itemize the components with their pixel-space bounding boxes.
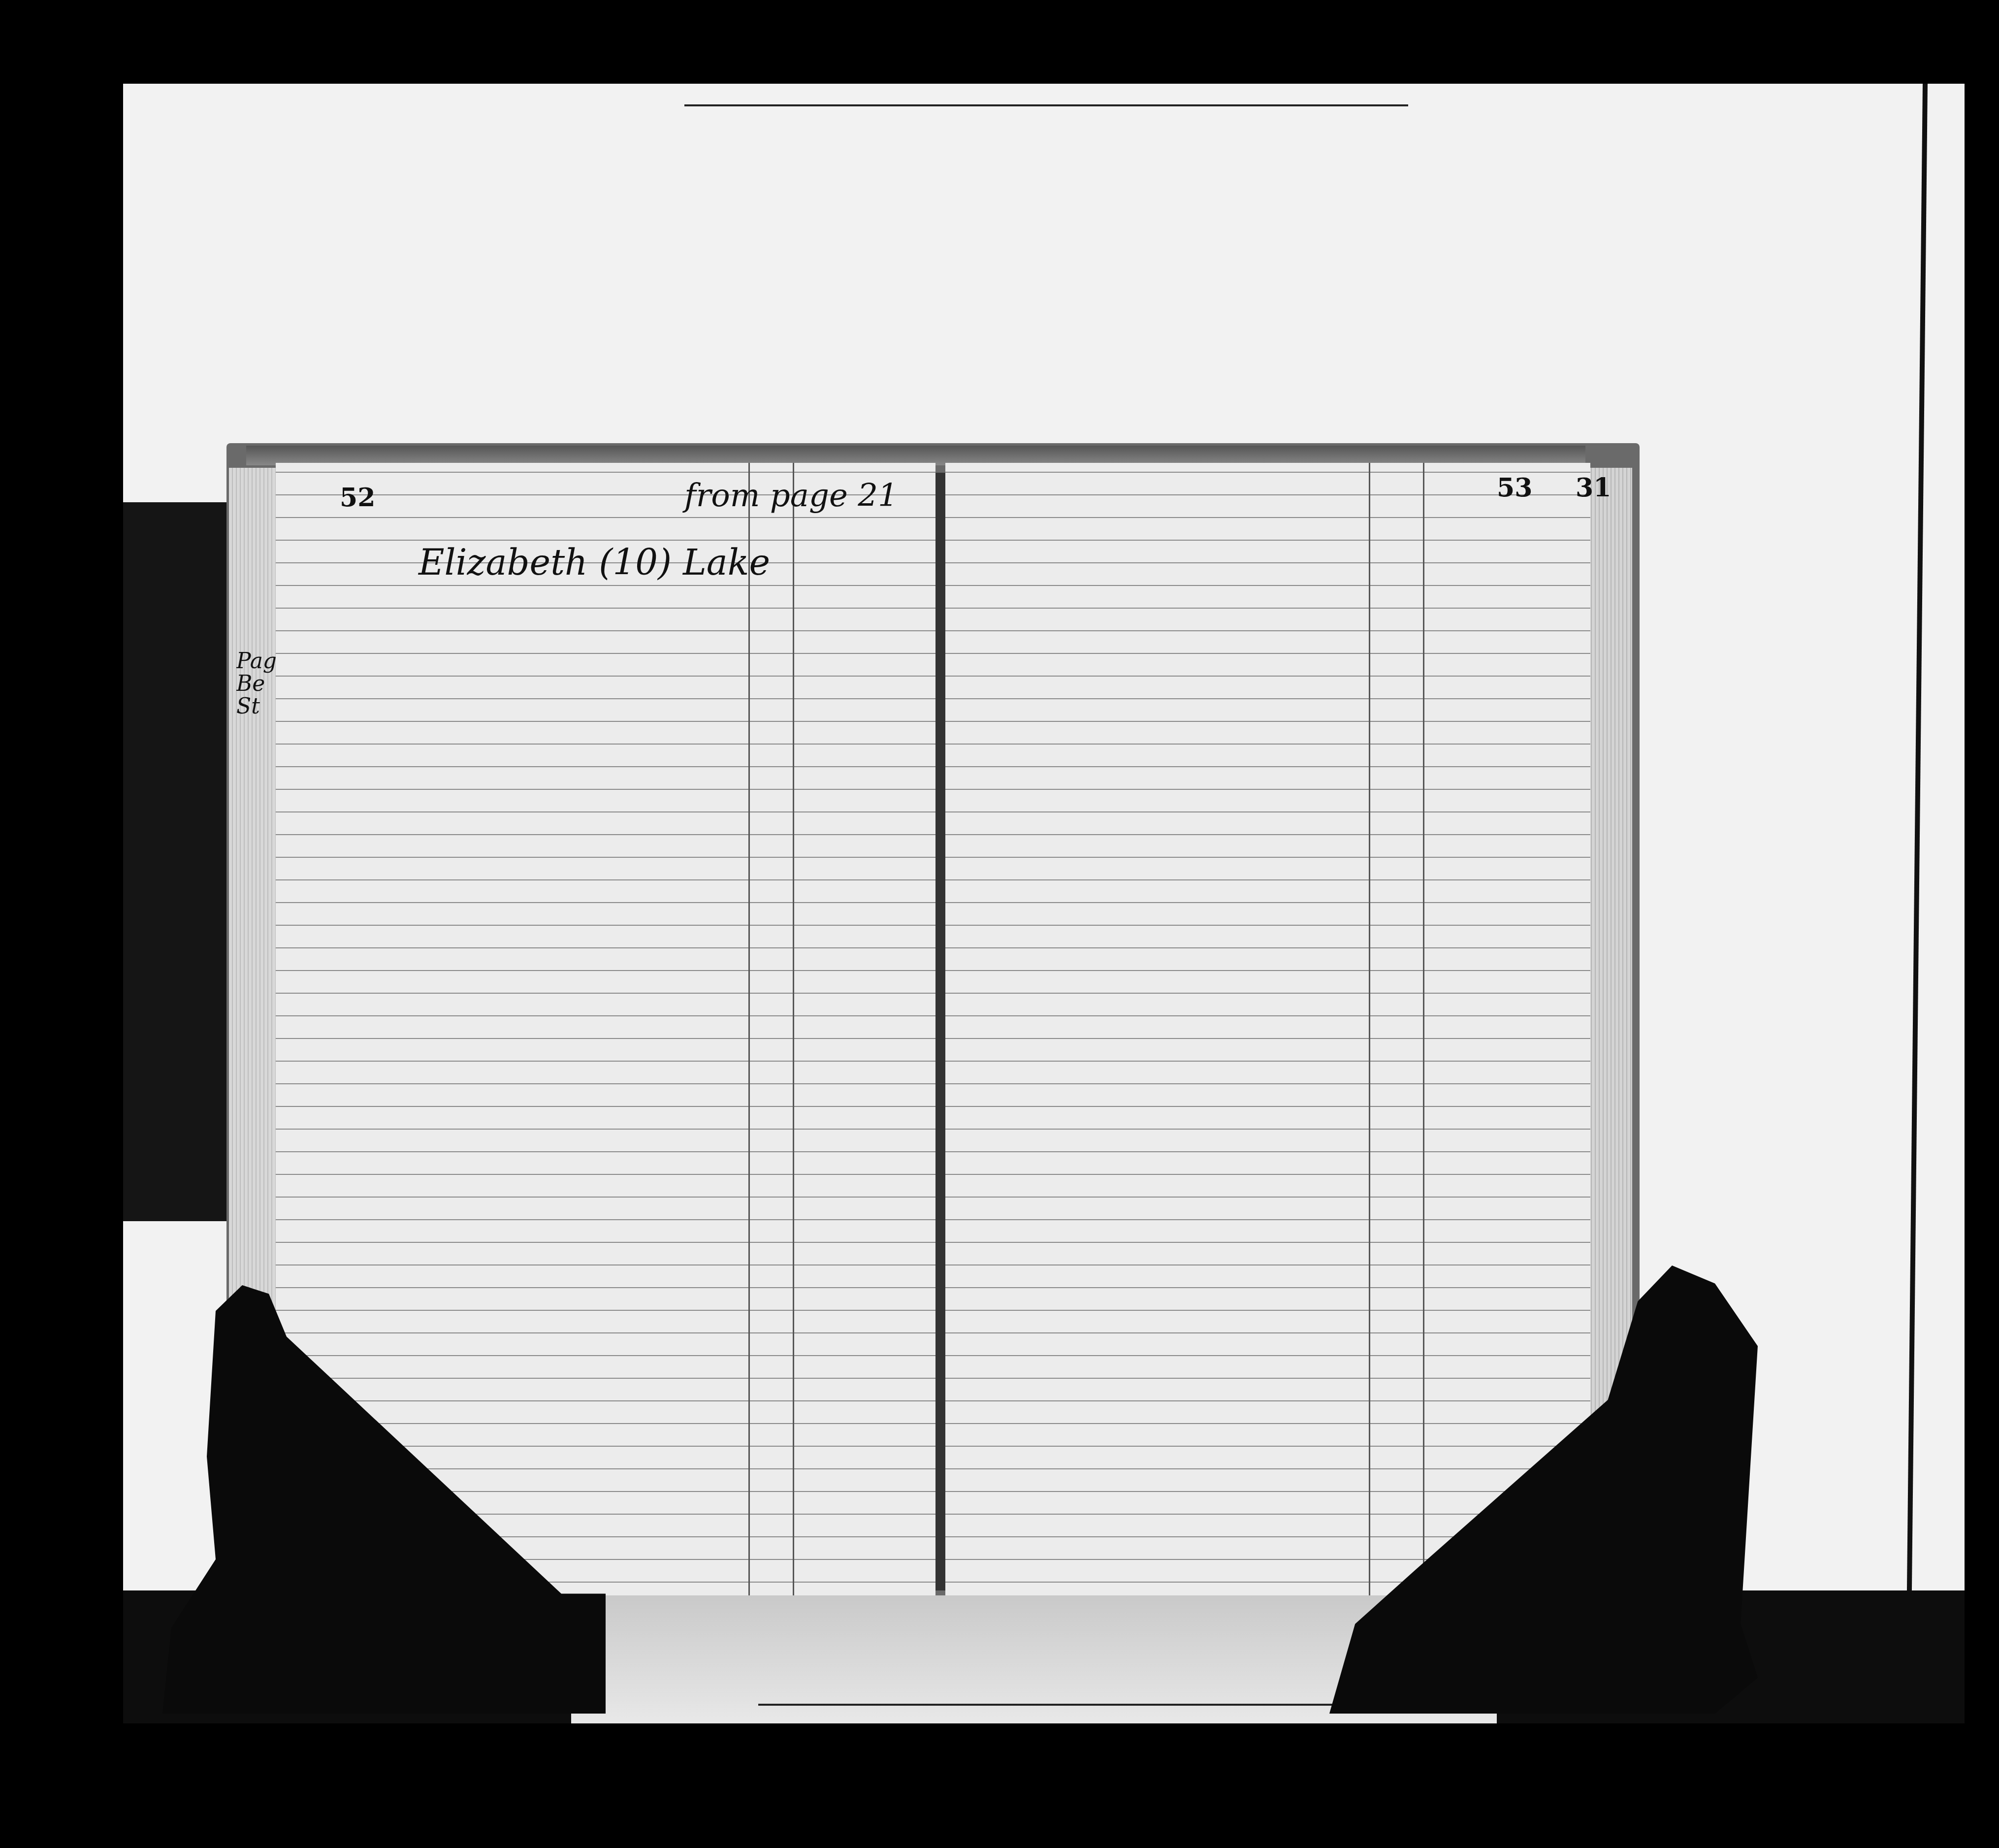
column-rule bbox=[793, 463, 794, 1595]
right-page: 53 bbox=[945, 463, 1590, 1595]
book-top-edge bbox=[246, 446, 1585, 465]
column-rule bbox=[748, 463, 750, 1595]
header-note: from page 21 bbox=[684, 478, 898, 514]
margin-tab-line: St bbox=[236, 695, 276, 718]
margin-tab: Pag Be St bbox=[236, 650, 276, 718]
adjacent-page-number-fragment: 31 bbox=[1576, 473, 1611, 503]
margin-tab-line: Pag bbox=[236, 650, 276, 673]
dark-shelf bbox=[123, 502, 229, 1221]
column-rule bbox=[1423, 463, 1424, 1595]
column-rule bbox=[1369, 463, 1370, 1595]
page-number-right: 53 bbox=[1497, 473, 1532, 503]
ledger-entry: Elizabeth (10) Lake bbox=[419, 542, 770, 583]
margin-tab-line: Be bbox=[236, 673, 276, 695]
top-rule bbox=[684, 104, 1408, 106]
page-number-left: 52 bbox=[340, 483, 375, 513]
